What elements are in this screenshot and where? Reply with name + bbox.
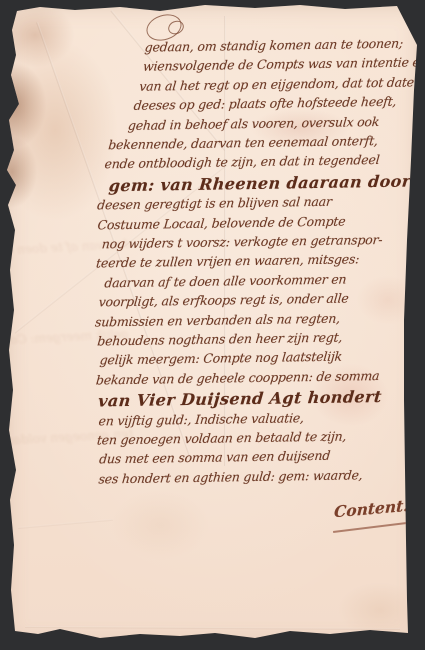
photographed-manuscript: daarvan af te doen alle voorkommer en ge… xyxy=(0,0,425,650)
manuscript-text-block: gedaan, om standig komen aan te toonen; … xyxy=(88,36,415,491)
signature-content: Content. xyxy=(334,496,410,522)
opening-flourish xyxy=(166,18,186,36)
manuscript-page: daarvan af te doen alle voorkommer en ge… xyxy=(0,0,425,650)
fold-crease xyxy=(25,626,400,630)
manuscript-line: ses hondert en agthien guld: gem: waarde… xyxy=(98,466,417,490)
signature-underline-flourish xyxy=(333,522,407,533)
fold-crease xyxy=(18,519,113,529)
